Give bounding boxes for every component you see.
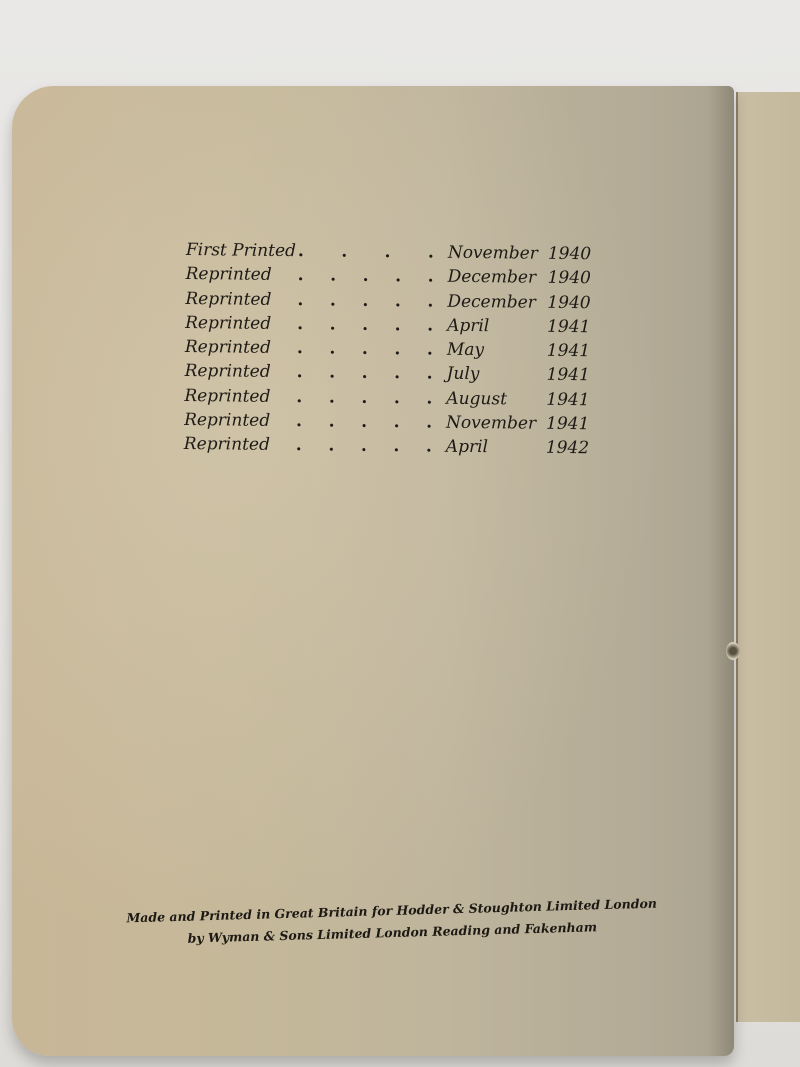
binding-staple-hole xyxy=(726,642,740,660)
printing-row: Reprinted.....April1942 xyxy=(184,434,614,463)
facing-page xyxy=(736,92,800,1022)
printing-history: First Printed....November1940 Reprinted.… xyxy=(184,240,616,463)
